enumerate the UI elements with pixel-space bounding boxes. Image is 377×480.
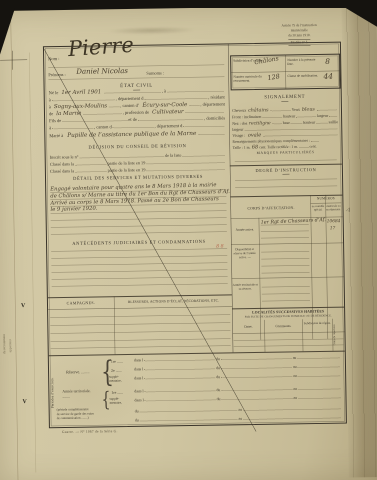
ruled-line xyxy=(51,269,227,272)
ruled-line xyxy=(51,255,227,258)
services-title: DÉTAIL DES SERVICES ET MUTATIONS DIVERSE… xyxy=(46,173,230,181)
printed-label: Marié à xyxy=(49,133,63,138)
printed-label: du xyxy=(135,418,139,423)
printed-label: cent. xyxy=(309,144,316,149)
subdivision-region-header: Subdivision de région. xyxy=(303,322,331,326)
margin-stamp-text: appartient xyxy=(8,326,12,366)
table-top-line xyxy=(48,294,232,298)
reserve-row1-label: 1re ...... xyxy=(111,359,123,364)
matricule-label: Numéro matricule du recrutement. xyxy=(233,75,268,84)
localites-row-line xyxy=(234,339,344,341)
printed-label: partie de la liste en 19 xyxy=(108,167,146,173)
blessures-header: BLESSURES, ACTIONS D’ÉCLAT, DÉCORATIONS,… xyxy=(115,298,232,304)
sig-taille-line: Taille : 1 m. 68 cent. Taille rectifiée … xyxy=(232,142,338,150)
campagnes-header: CAMPAGNES. xyxy=(48,300,114,306)
reserve-row3: dans l du au xyxy=(134,371,341,381)
instruction-title: DEGRÉ D’INSTRUCTION xyxy=(230,167,342,174)
territoriale-row1-label: 1re ...... xyxy=(111,390,123,395)
hw-corps-no1: 10684 xyxy=(327,219,341,224)
header-dash xyxy=(282,174,289,175)
corps-row-line xyxy=(262,272,310,273)
note-line: du 30 juin 1910. xyxy=(257,32,342,38)
ruled-line xyxy=(48,64,224,67)
surnoms-label: Surnoms : xyxy=(146,70,164,75)
corps-row-line xyxy=(262,300,310,301)
corps-row-line xyxy=(261,265,309,266)
gvc-label: (période complémentaire de service de ga… xyxy=(57,407,122,421)
gvc-row1: du au xyxy=(135,404,342,414)
printed-label: au xyxy=(293,395,297,400)
printed-label: dans l xyxy=(134,367,143,372)
territoriale-label: Armée territoriale et sa réserve. xyxy=(232,283,259,291)
margin-check-v2: V xyxy=(22,398,26,406)
printed-label: du xyxy=(217,397,221,402)
ruled-line xyxy=(235,186,337,188)
corps-row-line xyxy=(261,258,309,259)
dates-header: Dates. xyxy=(233,325,263,329)
table-column-divider xyxy=(114,296,115,354)
decision-title: DÉCISION DU CONSEIL DE RÉVISION xyxy=(45,142,229,150)
corps-row-line xyxy=(261,231,309,232)
soldier-forenames: Daniel Nicolas xyxy=(76,67,128,76)
ruled-line xyxy=(51,248,227,251)
ec-line-7: Marié à Pupille de l’assistance publique… xyxy=(49,127,225,138)
hw-matricule-no: 128 xyxy=(267,73,280,82)
matricule-subheader: matricule ou au répertoire. xyxy=(326,205,341,212)
signalement-title: SIGNALEMENT xyxy=(229,94,341,101)
registration-box: Subdivision d’origine. Châlons Numéro à … xyxy=(230,54,341,91)
printed-label: du xyxy=(216,388,220,393)
localites-row-line xyxy=(234,345,344,347)
cotes-repertoire-header: Cotes du répertoire. xyxy=(333,319,344,350)
ruled-line xyxy=(235,160,337,162)
printed-label: dans l xyxy=(134,389,143,394)
disponibilite-label: Disponibilité et réserve de l’armée acti… xyxy=(231,248,258,260)
register-page-photo: V V du recrutement appartient A Article … xyxy=(0,0,377,480)
controle-subheader: au contrôle spécial. xyxy=(311,205,325,212)
armee-active-label: Armée active. xyxy=(232,228,258,232)
soldier-name: Pierre xyxy=(67,32,134,61)
printed-label: Classé dans la xyxy=(50,168,74,173)
communes-header: Communes. xyxy=(265,324,301,328)
hw-subdivision: Châlons xyxy=(254,55,279,66)
territoriale-periode-label: Armée territo­riale. ........ xyxy=(62,389,95,399)
reserve-label: Réserve. ........ xyxy=(66,370,89,375)
printed-label: du xyxy=(135,409,139,414)
liste-label: Numéro à la présente liste. xyxy=(287,58,320,67)
table-row-line xyxy=(51,345,231,348)
hw-classe-mob: 44 xyxy=(323,72,333,81)
corps-row-line xyxy=(261,224,309,225)
form-frame: Nom : Pierre Prénoms : Daniel Nicolas Su… xyxy=(43,42,347,429)
printed-label: de la liste xyxy=(165,153,182,158)
reserve-row2-label: 2e ...... xyxy=(111,368,122,373)
marques-title: MARQUES PARTICULIÈRES xyxy=(230,150,342,156)
printed-label: au xyxy=(293,355,297,360)
printed-label: cent. Taille rectifiée : 1 m. xyxy=(259,144,298,149)
printed-label: dans l xyxy=(134,398,143,403)
ruled-line xyxy=(52,283,228,286)
printed-label: au xyxy=(293,364,297,369)
printed-label: du xyxy=(216,375,220,380)
corps-row-line xyxy=(262,293,310,294)
table-header-line xyxy=(48,306,232,309)
reserve-row3-label: supplé­mentaire, xyxy=(109,375,129,383)
printed-label: au xyxy=(238,407,242,412)
header-dash xyxy=(281,101,288,102)
antecedents-title: ANTÉCÉDENTS JUDICIAIRES ET CONDAMNATIONS xyxy=(47,238,231,246)
classe-label: Classe de mobilisation. xyxy=(287,74,318,79)
hw-taille: 68 xyxy=(252,144,258,150)
printed-label: au xyxy=(293,373,297,378)
ruled-line xyxy=(52,276,228,279)
ruled-line xyxy=(51,231,227,234)
table-row-line xyxy=(50,322,230,325)
ruled-line xyxy=(51,262,227,265)
ruled-line xyxy=(51,224,227,227)
gvc-row2: du au xyxy=(135,413,342,423)
margin-stamp-text: du recrutement xyxy=(2,320,6,368)
corps-row-line xyxy=(262,286,310,287)
hw-liste-no: 8 xyxy=(325,57,330,66)
territoriale-row1: dans l du au xyxy=(134,384,341,394)
printed-label: au xyxy=(293,386,297,391)
printed-label: au xyxy=(238,416,242,421)
printed-label: dans l xyxy=(134,358,143,363)
gvc-label-line: de communication ........) xyxy=(57,416,122,421)
ruled-line xyxy=(48,76,224,79)
margin-check-v1: V xyxy=(21,302,25,310)
reserve-row2: dans l du au xyxy=(134,362,341,372)
top-photo-background xyxy=(0,0,377,8)
table-row-line xyxy=(50,330,230,333)
corps-row-line xyxy=(261,237,309,238)
hw-pupille-note: Pupille de l’assistance publique de la M… xyxy=(67,129,196,138)
decision-line-3: Classé dans la partie de la liste en 19 xyxy=(50,164,226,173)
table-row-line xyxy=(50,314,230,317)
corps-row-line xyxy=(261,251,309,252)
hw-corps-no2: 17 xyxy=(330,226,336,231)
corps-stub-divider xyxy=(259,218,261,340)
printed-label: Taille : 1 m. xyxy=(233,145,251,150)
corps-title: CORPS D’AFFECTATION. xyxy=(232,205,309,211)
ruled-line xyxy=(235,179,337,181)
printed-label: dans l xyxy=(134,376,143,381)
territoriale-row2-label: supplé­mentaire, xyxy=(109,397,129,405)
